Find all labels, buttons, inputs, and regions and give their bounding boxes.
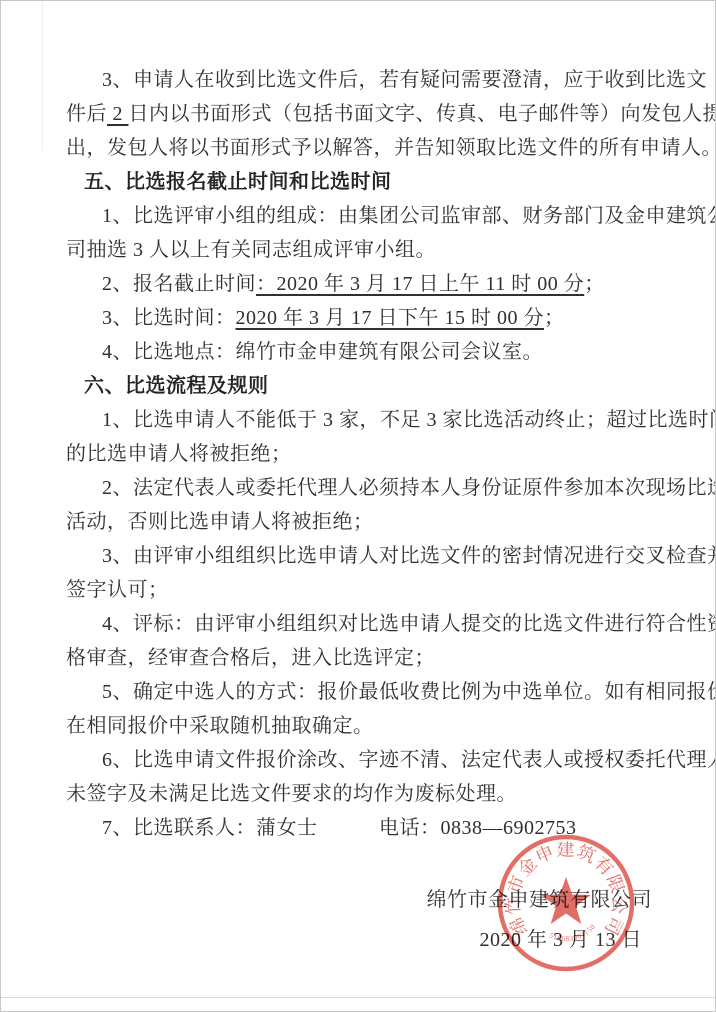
document-body: 3、申请人在收到比选文件后，若有疑问需要澄清，应于收到比选文件后 2 日内以书面…: [66, 63, 656, 845]
text-line: 件后 2 日内以书面形式（包括书面文字、传真、电子邮件等）向发包人提: [66, 97, 656, 131]
text-line: 4、比选地点：绵竹市金申建筑有限公司会议室。: [66, 335, 656, 369]
text-line: 2、报名截止时间：2020 年 3 月 17 日上午 11 时 00 分；: [66, 267, 656, 301]
text-segment: 3、由评审小组组织比选申请人对比选文件的密封情况进行交叉检查并: [102, 545, 716, 567]
text-line: 格审查，经审查合格后，进入比选评定；: [66, 641, 656, 675]
text-line: 3、由评审小组组织比选申请人对比选文件的密封情况进行交叉检查并: [66, 539, 656, 573]
text-segment: 1、比选申请人不能低于 3 家，不足 3 家比选活动终止；超过比选时间: [102, 409, 716, 431]
text-segment: 1、比选评审小组的组成：由集团公司监审部、财务部门及金申建筑公: [102, 205, 716, 227]
text-line: 1、比选评审小组的组成：由集团公司监审部、财务部门及金申建筑公: [66, 199, 656, 233]
text-segment: ；: [544, 307, 565, 329]
text-segment: ；: [584, 273, 605, 295]
text-segment: 日内以书面形式（包括书面文字、传真、电子邮件等）向发包人提: [129, 103, 716, 125]
text-segment: 4、评标：由评审小组组织对比选申请人提交的比选文件进行符合性资: [102, 613, 716, 635]
svg-text:510683001150: 510683001150: [548, 922, 597, 943]
text-segment: 格审查，经审查合格后，进入比选评定；: [66, 647, 435, 669]
company-seal-stamp: 绵竹市金申建筑有限公司 510683001150: [491, 828, 641, 978]
text-line: 的比选申请人将被拒绝；: [66, 437, 656, 471]
text-segment: 未签字及未满足比选文件要求的均作为废标处理。: [66, 783, 517, 805]
stamp-star-icon: [541, 877, 590, 924]
text-segment: 五、比选报名截止时间和比选时间: [84, 171, 392, 193]
stamp-serial-number: 510683001150: [548, 922, 597, 943]
text-line: 未签字及未满足比选文件要求的均作为废标处理。: [66, 777, 656, 811]
text-line: 在相同报价中采取随机抽取确定。: [66, 709, 656, 743]
text-segment: 活动，否则比选申请人将被拒绝；: [66, 511, 374, 533]
text-segment: 的比选申请人将被拒绝；: [66, 443, 292, 465]
text-line: 活动，否则比选申请人将被拒绝；: [66, 505, 656, 539]
section-heading: 六、比选流程及规则: [66, 369, 656, 403]
text-line: 2、法定代表人或委托代理人必须持本人身份证原件参加本次现场比选: [66, 471, 656, 505]
text-segment: 件后: [66, 103, 107, 125]
text-segment: 在相同报价中采取随机抽取确定。: [66, 715, 374, 737]
text-segment: 4、比选地点：绵竹市金申建筑有限公司会议室。: [102, 341, 543, 363]
text-line: 6、比选申请文件报价涂改、字迹不清、法定代表人或授权委托代理人: [66, 743, 656, 777]
text-line: 1、比选申请人不能低于 3 家，不足 3 家比选活动终止；超过比选时间: [66, 403, 656, 437]
text-segment: 3、比选时间：: [102, 307, 236, 329]
text-line: 3、比选时间：2020 年 3 月 17 日下午 15 时 00 分；: [66, 301, 656, 335]
text-line: 3、申请人在收到比选文件后，若有疑问需要澄清，应于收到比选文: [66, 63, 656, 97]
section-heading: 五、比选报名截止时间和比选时间: [66, 165, 656, 199]
underlined-text: 2: [107, 103, 129, 125]
text-line: 5、确定中选人的方式：报价最低收费比例为中选单位。如有相同报价，: [66, 675, 656, 709]
text-segment: 2、法定代表人或委托代理人必须持本人身份证原件参加本次现场比选: [102, 477, 716, 499]
text-line: 4、评标：由评审小组组织对比选申请人提交的比选文件进行符合性资: [66, 607, 656, 641]
text-segment: 5、确定中选人的方式：报价最低收费比例为中选单位。如有相同报价，: [102, 681, 716, 703]
text-segment: 3、申请人在收到比选文件后，若有疑问需要澄清，应于收到比选文: [102, 69, 707, 91]
text-line: 出，发包人将以书面形式予以解答，并告知领取比选文件的所有申请人。: [66, 131, 656, 165]
text-segment: 签字认可；: [66, 579, 169, 601]
text-line: 签字认可；: [66, 573, 656, 607]
text-line: 司抽选 3 人以上有关同志组成评审小组。: [66, 233, 656, 267]
text-segment: 司抽选 3 人以上有关同志组成评审小组。: [66, 239, 436, 261]
text-segment: 6、比选申请文件报价涂改、字迹不清、法定代表人或授权委托代理人: [102, 749, 716, 771]
scan-edge-line: [1, 997, 715, 998]
text-segment: 六、比选流程及规则: [84, 375, 269, 397]
underlined-text: ：2020 年 3 月 17 日上午 11 时 00 分: [256, 273, 584, 295]
text-segment: 出，发包人将以书面形式予以解答，并告知领取比选文件的所有申请人。: [66, 137, 716, 159]
scan-artifact-line: [42, 0, 43, 150]
text-segment: 2、报名截止时间: [102, 273, 256, 295]
underlined-text: 2020 年 3 月 17 日下午 15 时 00 分: [236, 307, 545, 329]
